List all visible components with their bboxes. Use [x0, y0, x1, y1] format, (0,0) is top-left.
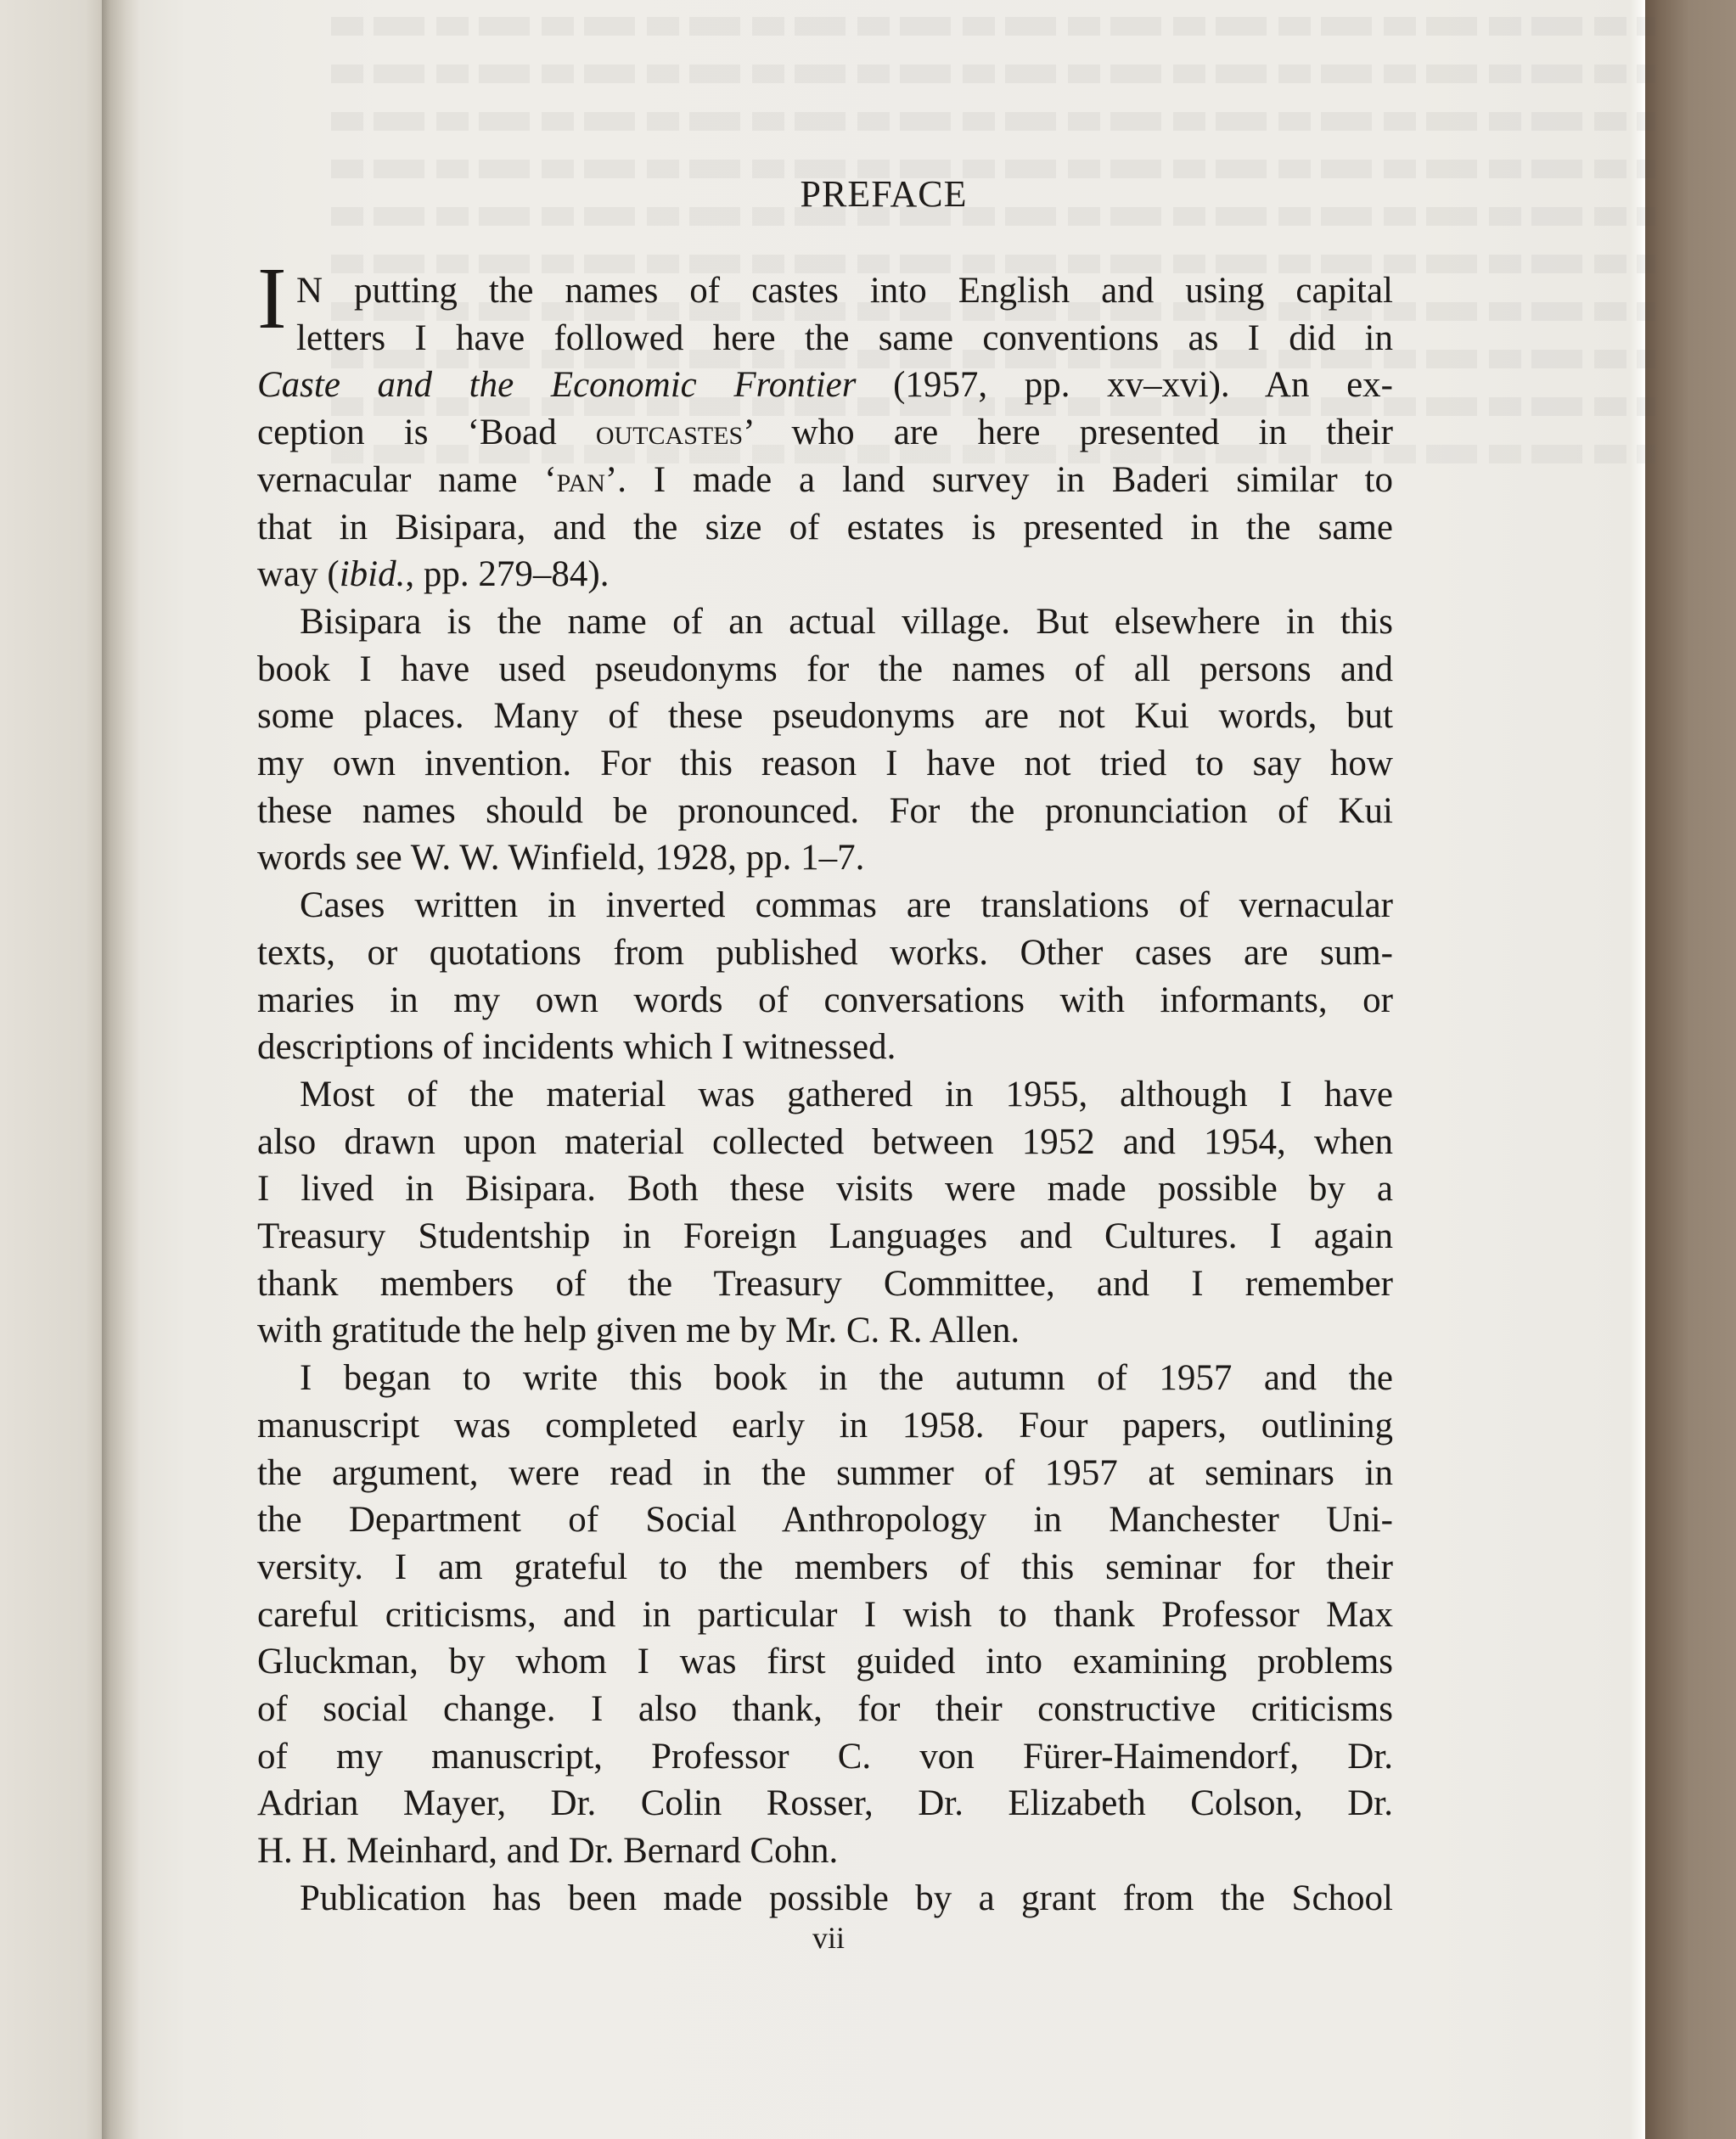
text-line: Adrian Mayer, Dr. Colin Rosser, Dr. Eliz…: [257, 1780, 1393, 1827]
text-span: Most of the material was gathered in 195…: [300, 1075, 1393, 1114]
text-line: these names should be pronounced. For th…: [257, 788, 1393, 835]
italic-text: ibid.: [340, 554, 406, 594]
text-line: also drawn upon material collected betwe…: [257, 1119, 1393, 1166]
text-span: ception is ‘Boad: [257, 413, 596, 452]
text-line: careful criticisms, and in particular I …: [257, 1592, 1393, 1639]
text-line: Publication has been made possible by a …: [257, 1875, 1393, 1923]
text-line: book I have used pseudonyms for the name…: [257, 646, 1393, 693]
text-span: Cases written in inverted commas are tra…: [300, 885, 1393, 925]
text-span: words see W. W. Winfield, 1928, pp. 1–7.: [257, 838, 864, 878]
text-line: the Department of Social Anthropology in…: [257, 1496, 1393, 1544]
text-line: ception is ‘Boad outcastes’ who are here…: [257, 409, 1393, 457]
text-span: Treasury Studentship in Foreign Language…: [257, 1216, 1393, 1256]
text-span: versity. I am grateful to the members of…: [257, 1547, 1393, 1587]
text-line: I lived in Bisipara. Both these visits w…: [257, 1165, 1393, 1213]
small-caps-text: outcastes: [596, 413, 743, 452]
text-line: texts, or quotations from published work…: [257, 929, 1393, 977]
text-line: Cases written in inverted commas are tra…: [257, 882, 1393, 929]
text-span: I lived in Bisipara. Both these visits w…: [257, 1169, 1393, 1209]
text-line: way (ibid., pp. 279–84).: [257, 551, 1393, 598]
text-span: Publication has been made possible by a …: [300, 1878, 1393, 1918]
text-span: book I have used pseudonyms for the name…: [257, 649, 1393, 689]
text-span: manuscript was completed early in 1958. …: [257, 1406, 1393, 1446]
text-line: my own invention. For this reason I have…: [257, 740, 1393, 788]
text-span: careful criticisms, and in particular I …: [257, 1595, 1393, 1635]
text-span: texts, or quotations from published work…: [257, 933, 1393, 973]
book-gutter-shadow: [102, 0, 140, 2139]
text-line: letters I have followed here the same co…: [257, 315, 1393, 362]
text-line: versity. I am grateful to the members of…: [257, 1544, 1393, 1592]
text-line: thank members of the Treasury Committee,…: [257, 1260, 1393, 1308]
text-span: N putting the names of castes into Engli…: [296, 271, 1393, 311]
text-line: Bisipara is the name of an actual villag…: [257, 598, 1393, 646]
text-line: of social change. I also thank, for thei…: [257, 1686, 1393, 1733]
text-span: the Department of Social Anthropology in…: [257, 1500, 1393, 1540]
text-line: some places. Many of these pseudonyms ar…: [257, 693, 1393, 740]
text-span: letters I have followed here the same co…: [296, 318, 1393, 358]
text-span: the argument, were read in the summer of…: [257, 1453, 1393, 1493]
text-span: vernacular name ‘: [257, 460, 557, 500]
facing-page-edge: [0, 0, 106, 2139]
text-span: ’ who are here presented in their: [743, 413, 1393, 452]
text-line: Treasury Studentship in Foreign Language…: [257, 1213, 1393, 1260]
text-span: (1957, pp. xv–xvi). An ex-: [857, 365, 1394, 405]
page-number: vii: [812, 1920, 845, 1956]
text-span: these names should be pronounced. For th…: [257, 791, 1393, 831]
small-caps-text: pan: [557, 460, 605, 500]
text-span: maries in my own words of conversations …: [257, 980, 1393, 1020]
text-span: Adrian Mayer, Dr. Colin Rosser, Dr. Eliz…: [257, 1783, 1393, 1823]
text-span: that in Bisipara, and the size of estate…: [257, 508, 1393, 547]
text-span: also drawn upon material collected betwe…: [257, 1122, 1393, 1162]
text-line: I began to write this book in the autumn…: [257, 1355, 1393, 1402]
text-span: , pp. 279–84).: [405, 554, 609, 594]
text-line: Most of the material was gathered in 195…: [257, 1071, 1393, 1119]
text-span: Bisipara is the name of an actual villag…: [300, 602, 1393, 642]
text-line: that in Bisipara, and the size of estate…: [257, 504, 1393, 552]
page-title-text: PREFACE: [801, 173, 968, 215]
text-line: H. H. Meinhard, and Dr. Bernard Cohn.: [257, 1827, 1393, 1875]
text-line: of my manuscript, Professor C. von Fürer…: [257, 1733, 1393, 1781]
text-span: Gluckman, by whom I was first guided int…: [257, 1642, 1393, 1681]
text-span: descriptions of incidents which I witnes…: [257, 1027, 896, 1067]
text-line: Caste and the Economic Frontier (1957, p…: [257, 362, 1393, 409]
text-span: of my manuscript, Professor C. von Fürer…: [257, 1737, 1393, 1777]
italic-text: Caste and the Economic Frontier: [257, 365, 857, 405]
text-line: words see W. W. Winfield, 1928, pp. 1–7.: [257, 834, 1393, 882]
text-span: my own invention. For this reason I have…: [257, 744, 1393, 783]
text-span: some places. Many of these pseudonyms ar…: [257, 696, 1393, 736]
text-line: Gluckman, by whom I was first guided int…: [257, 1638, 1393, 1686]
text-line: with gratitude the help given me by Mr. …: [257, 1307, 1393, 1355]
text-span: of social change. I also thank, for thei…: [257, 1689, 1393, 1729]
text-span: H. H. Meinhard, and Dr. Bernard Cohn.: [257, 1831, 838, 1871]
text-span: ’. I made a land survey in Baderi simila…: [605, 460, 1393, 500]
text-span: I began to write this book in the autumn…: [300, 1358, 1393, 1398]
text-line: descriptions of incidents which I witnes…: [257, 1024, 1393, 1071]
text-line: vernacular name ‘pan’. I made a land sur…: [257, 457, 1393, 504]
text-span: way (: [257, 554, 340, 594]
text-span: with gratitude the help given me by Mr. …: [257, 1311, 1020, 1350]
text-line: the argument, were read in the summer of…: [257, 1450, 1393, 1497]
text-line: maries in my own words of conversations …: [257, 977, 1393, 1025]
text-line: N putting the names of castes into Engli…: [257, 267, 1393, 315]
text-span: thank members of the Treasury Committee,…: [257, 1264, 1393, 1304]
page-title: PREFACE: [136, 172, 1645, 216]
text-line: manuscript was completed early in 1958. …: [257, 1402, 1393, 1450]
